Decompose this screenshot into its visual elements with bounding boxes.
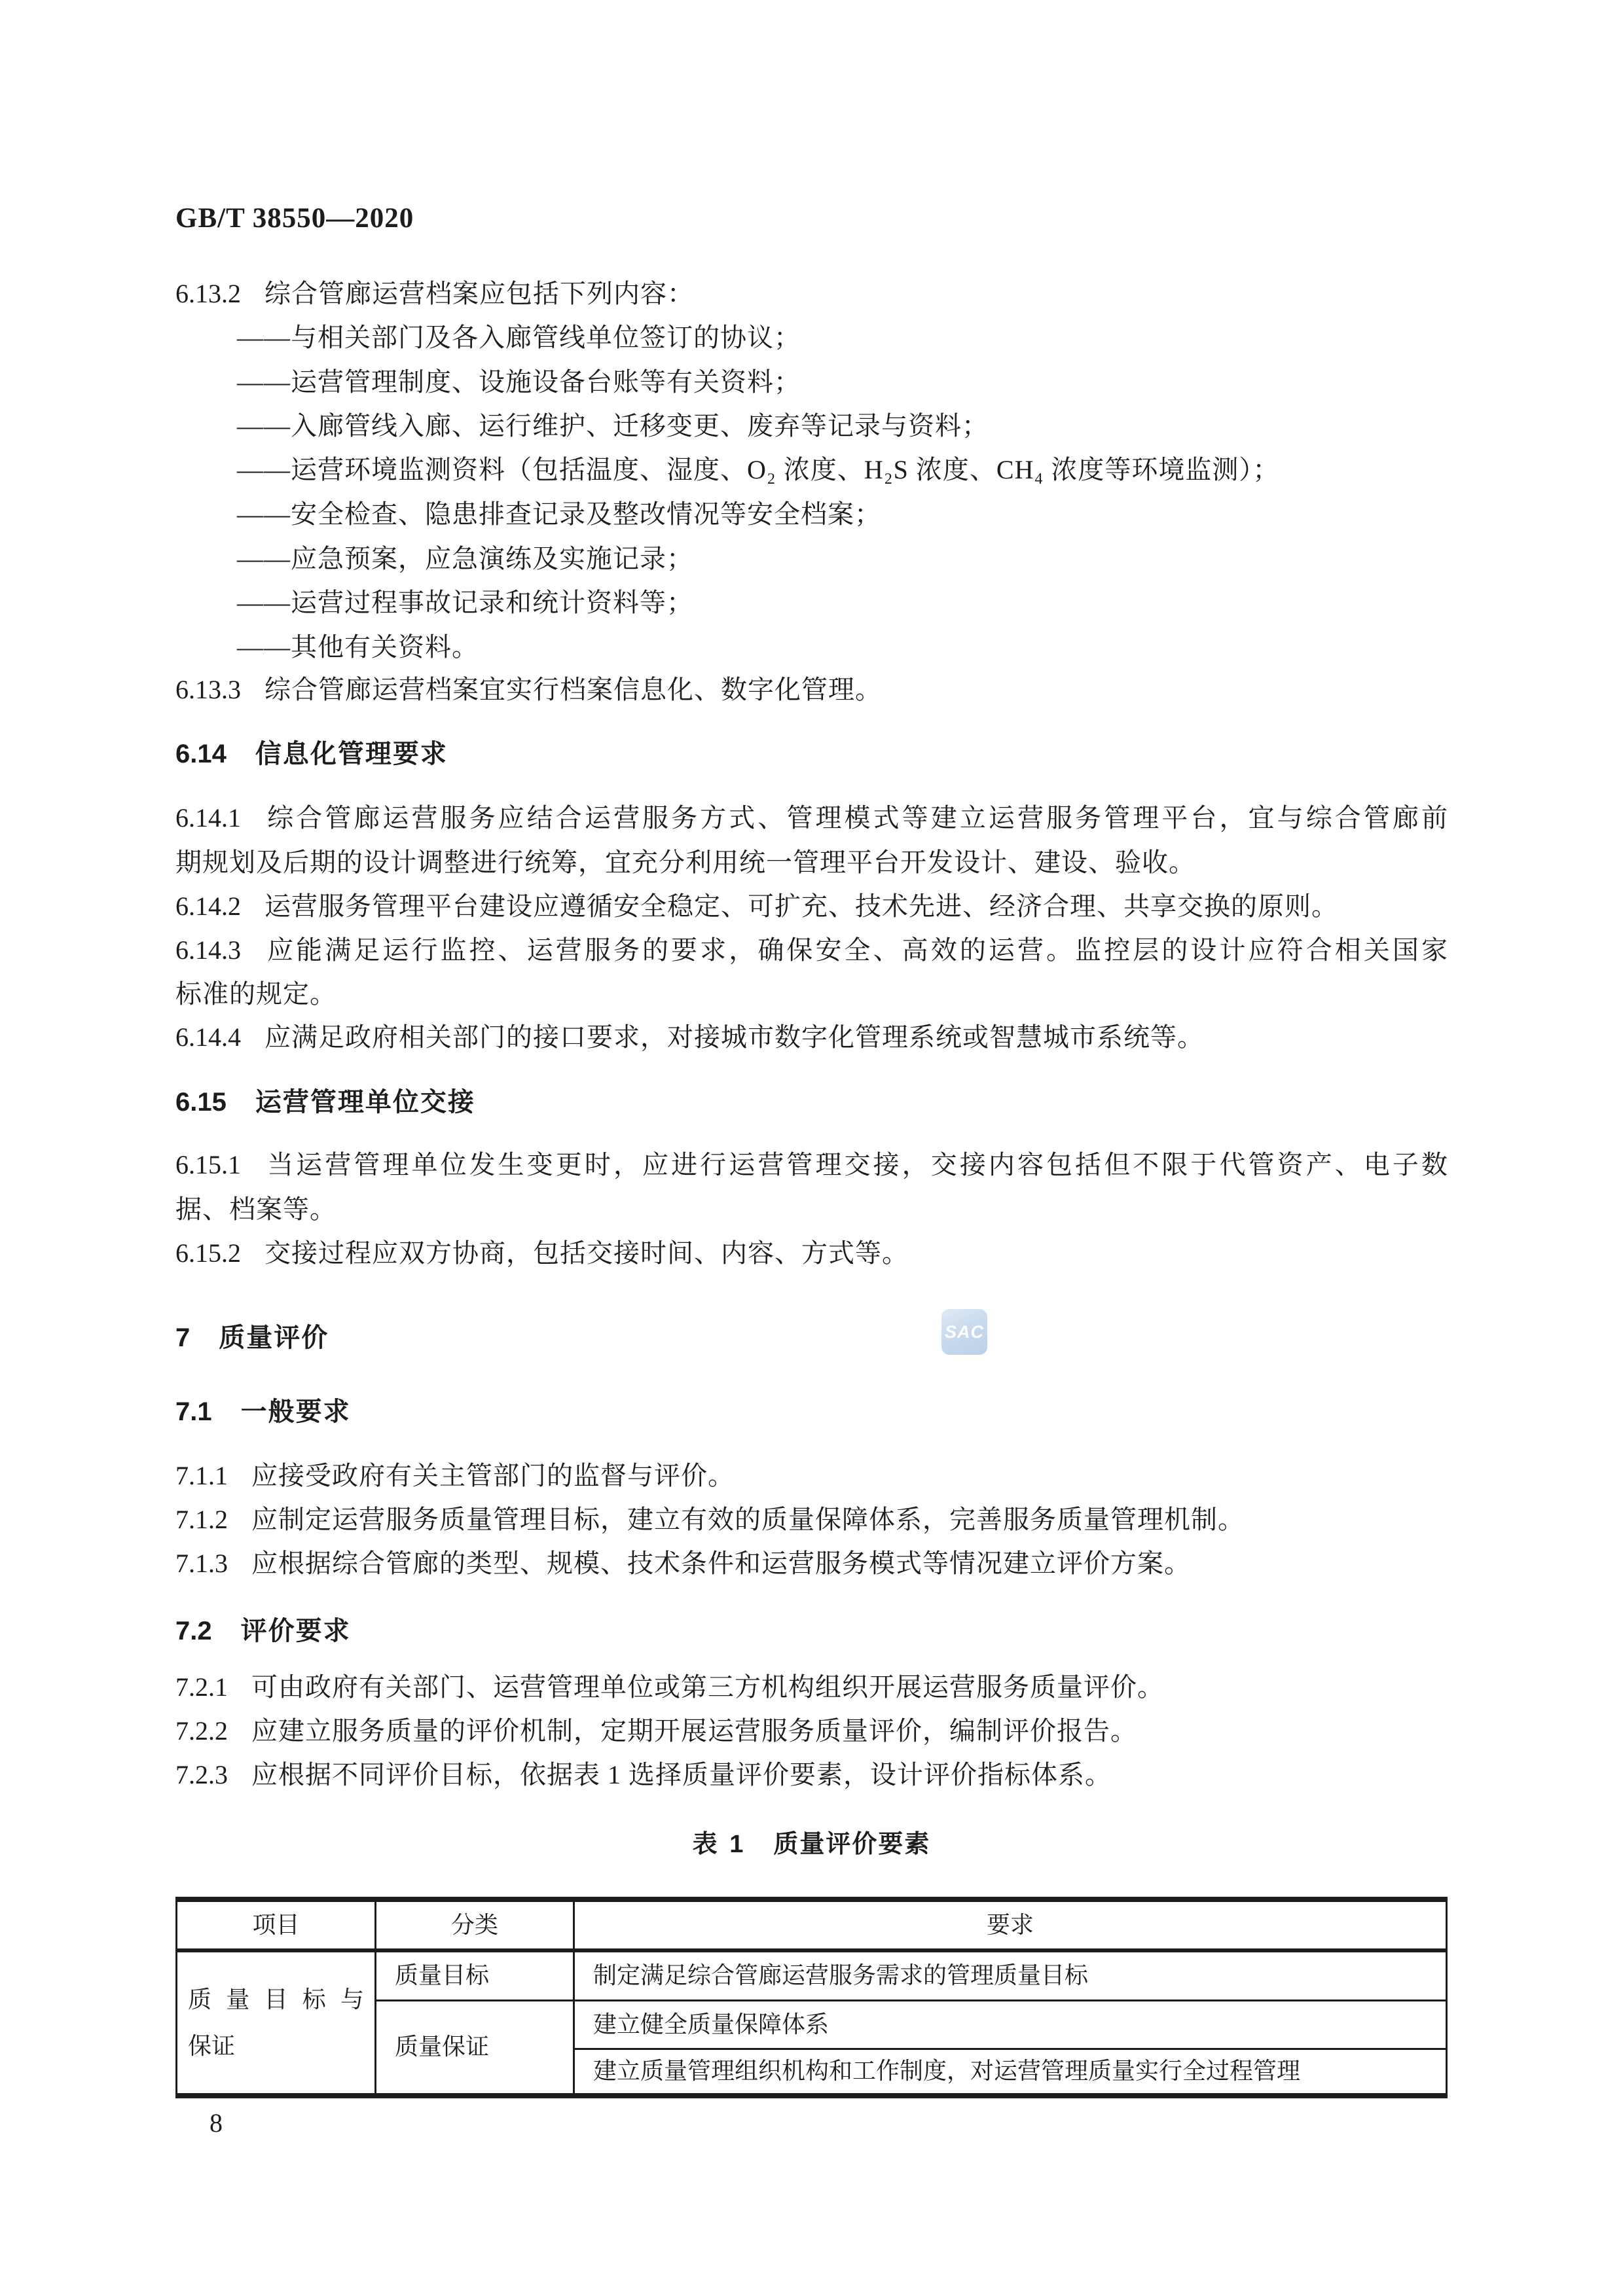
clause-7-2-1: 7.2.1可由政府有关部门、运营管理单位或第三方机构组织开展运营服务质量评价。 <box>175 1673 1164 1702</box>
section-title: 一般要求 <box>241 1397 351 1426</box>
list-item: ——应急预案，应急演练及实施记录； <box>237 545 693 573</box>
clause-6-13-2: 6.13.2综合管廊运营档案应包括下列内容： <box>175 279 694 308</box>
clause-7-1-2: 7.1.2应制定运营服务质量管理目标，建立有效的质量保障体系，完善服务质量管理机… <box>175 1505 1245 1534</box>
clause-6-14-1-line2: 期规划及后期的设计调整进行统筹，宜充分利用统一管理平台开发设计、建设、验收。 <box>175 848 1195 877</box>
document-page: GB/T 38550—2020 6.13.2综合管廊运营档案应包括下列内容： —… <box>0 0 1623 2296</box>
clause-text: 综合管廊运营档案宜实行档案信息化、数字化管理。 <box>264 675 882 704</box>
table-caption-label: 表 1 <box>693 1831 746 1858</box>
table-caption-title: 质量评价要素 <box>773 1831 930 1858</box>
table-header-row: 项目 分类 要求 <box>177 1899 1447 1950</box>
clause-text: 应制定运营服务质量管理目标，建立有效的质量保障体系，完善服务质量管理机制。 <box>251 1505 1245 1534</box>
clause-text: 综合管廊运营服务应结合运营服务方式、管理模式等建立运营服务管理平台，宜与综合管廊… <box>264 803 1448 833</box>
clause-6-14-4: 6.14.4应满足政府相关部门的接口要求，对接城市数字化管理系统或智慧城市系统等… <box>175 1023 1204 1052</box>
list-item: ——运营过程事故记录和统计资料等； <box>237 588 693 617</box>
table-caption: 表 1质量评价要素 <box>175 1830 1448 1860</box>
clause-7-2-2: 7.2.2应建立服务质量的评价机制，定期开展运营服务质量评价，编制评价报告。 <box>175 1717 1137 1746</box>
clause-number: 7.1.1 <box>175 1461 228 1490</box>
item-group-line2: 保证 <box>188 2030 364 2062</box>
clause-6-13-3: 6.13.3综合管廊运营档案宜实行档案信息化、数字化管理。 <box>175 675 882 704</box>
list-item: ——安全检查、隐患排查记录及整改情况等安全档案； <box>237 500 881 529</box>
list-item: ——与相关部门及各入廊管线单位签订的协议； <box>237 323 801 352</box>
section-number: 6.14 <box>175 740 227 768</box>
chapter-number: 7 <box>175 1323 190 1352</box>
clause-number: 7.1.2 <box>175 1505 228 1534</box>
clause-text: 交接过程应双方协商，包括交接时间、内容、方式等。 <box>264 1238 909 1268</box>
clause-7-1-1: 7.1.1应接受政府有关主管部门的监督与评价。 <box>175 1462 735 1490</box>
clause-number: 6.14.2 <box>175 891 241 921</box>
section-title: 信息化管理要求 <box>255 740 448 768</box>
item-group-line1: 质 量 目 标 与 <box>188 1984 364 2016</box>
list-item: ——入廊管线入廊、运行维护、迁移变更、废弃等记录与资料； <box>237 412 989 440</box>
clause-number: 7.2.2 <box>175 1716 228 1746</box>
clause-number: 6.13.3 <box>175 675 241 704</box>
standard-number-header: GB/T 38550—2020 <box>175 203 414 234</box>
clause-text: 应接受政府有关主管部门的监督与评价。 <box>251 1461 735 1490</box>
clause-6-14-1-line1: 6.14.1综合管廊运营服务应结合运营服务方式、管理模式等建立运营服务管理平台，… <box>175 804 1448 833</box>
clause-text: 应能满足运行监控、运营服务的要求，确保安全、高效的运营。监控层的设计应符合相关国… <box>264 935 1448 965</box>
table-row: 质 量 目 标 与 保证 质量目标 制定满足综合管廊运营服务需求的管理质量目标 <box>177 1950 1447 2000</box>
clause-text: 应根据不同评价目标，依据表 1 选择质量评价要素，设计评价指标体系。 <box>251 1760 1112 1789</box>
table-header-requirement: 要求 <box>574 1899 1447 1950</box>
quality-evaluation-table: 项目 分类 要求 质 量 目 标 与 保证 质量目标 制定满足综合管廊运营服务需… <box>175 1897 1448 2098</box>
table-cell-item-group: 质 量 目 标 与 保证 <box>177 1950 376 2096</box>
clause-text: 综合管廊运营档案应包括下列内容： <box>264 279 694 308</box>
table-cell-requirement: 建立健全质量保障体系 <box>574 2000 1447 2049</box>
clause-number: 6.14.4 <box>175 1022 241 1052</box>
clause-text: 可由政府有关部门、运营管理单位或第三方机构组织开展运营服务质量评价。 <box>251 1672 1164 1702</box>
clause-number: 7.1.3 <box>175 1549 228 1578</box>
sac-watermark-logo: SAC <box>941 1309 987 1355</box>
clause-6-15-2: 6.15.2交接过程应双方协商，包括交接时间、内容、方式等。 <box>175 1239 909 1268</box>
clause-number: 6.15.2 <box>175 1238 241 1268</box>
section-number: 7.2 <box>175 1617 212 1645</box>
section-heading-6-15: 6.15运营管理单位交接 <box>175 1088 475 1117</box>
section-title: 运营管理单位交接 <box>255 1088 475 1117</box>
table-cell-category: 质量保证 <box>376 2000 574 2096</box>
table-header-item: 项目 <box>177 1899 376 1950</box>
clause-7-1-3: 7.1.3应根据综合管廊的类型、规模、技术条件和运营服务模式等情况建立评价方案。 <box>175 1549 1191 1578</box>
clause-text: 运营服务管理平台建设应遵循安全稳定、可扩充、技术先进、经济合理、共享交换的原则。 <box>264 891 1338 921</box>
clause-6-15-1-line1: 6.15.1当运营管理单位发生变更时，应进行运营管理交接，交接内容包括但不限于代… <box>175 1151 1448 1179</box>
clause-6-15-1-line2: 据、档案等。 <box>175 1195 337 1224</box>
table-cell-category: 质量目标 <box>376 1950 574 2000</box>
section-heading-6-14: 6.14信息化管理要求 <box>175 740 448 768</box>
clause-6-14-2: 6.14.2运营服务管理平台建设应遵循安全稳定、可扩充、技术先进、经济合理、共享… <box>175 892 1338 921</box>
sac-watermark-text: SAC <box>945 1323 984 1341</box>
clause-number: 6.13.2 <box>175 279 241 308</box>
clause-number: 6.15.1 <box>175 1150 241 1179</box>
clause-number: 6.14.1 <box>175 803 241 833</box>
chapter-title: 质量评价 <box>219 1323 329 1352</box>
clause-text: 应根据综合管廊的类型、规模、技术条件和运营服务模式等情况建立评价方案。 <box>251 1549 1191 1578</box>
clause-text: 当运营管理单位发生变更时，应进行运营管理交接，交接内容包括但不限于代管资产、电子… <box>264 1150 1448 1179</box>
table-cell-requirement: 制定满足综合管廊运营服务需求的管理质量目标 <box>574 1950 1447 2000</box>
list-item: ——运营环境监测资料（包括温度、湿度、O₂ 浓度、H₂S 浓度、CH₄ 浓度等环… <box>237 456 1279 484</box>
clause-text: 应满足政府相关部门的接口要求，对接城市数字化管理系统或智慧城市系统等。 <box>264 1022 1204 1052</box>
section-number: 7.1 <box>175 1397 212 1426</box>
clause-7-2-3: 7.2.3应根据不同评价目标，依据表 1 选择质量评价要素，设计评价指标体系。 <box>175 1761 1112 1789</box>
table-cell-requirement: 建立质量管理组织机构和工作制度，对运营管理质量实行全过程管理 <box>574 2049 1447 2096</box>
chapter-heading-7: 7质量评价 <box>175 1323 329 1352</box>
clause-text: 应建立服务质量的评价机制，定期开展运营服务质量评价，编制评价报告。 <box>251 1716 1137 1746</box>
clause-number: 7.2.1 <box>175 1672 228 1702</box>
section-title: 评价要求 <box>241 1617 351 1645</box>
clause-6-14-3-line1: 6.14.3应能满足运行监控、运营服务的要求，确保安全、高效的运营。监控层的设计… <box>175 936 1448 965</box>
page-number: 8 <box>210 2110 223 2136</box>
clause-number: 7.2.3 <box>175 1760 228 1789</box>
table-header-category: 分类 <box>376 1899 574 1950</box>
section-heading-7-1: 7.1一般要求 <box>175 1397 351 1426</box>
clause-number: 6.14.3 <box>175 935 241 965</box>
list-item: ——其他有关资料。 <box>237 633 479 662</box>
section-heading-7-2: 7.2评价要求 <box>175 1617 351 1645</box>
clause-6-14-3-line2: 标准的规定。 <box>175 980 337 1009</box>
section-number: 6.15 <box>175 1088 227 1117</box>
list-item: ——运营管理制度、设施设备台账等有关资料； <box>237 368 801 397</box>
